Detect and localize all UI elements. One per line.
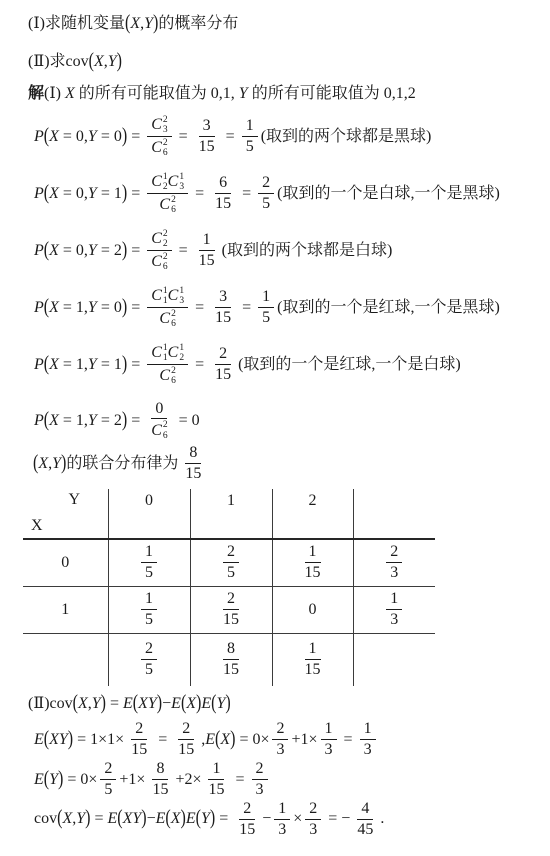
math-text: 5 <box>145 611 153 629</box>
math-text: 5 <box>262 195 270 213</box>
math-text: 15 <box>185 465 201 483</box>
math-text: × <box>293 807 302 830</box>
subscript: 3 <box>179 182 184 192</box>
math-text: 1 <box>227 492 235 509</box>
math-text: 0 <box>145 492 153 509</box>
math-text: = <box>175 125 192 148</box>
math-text: 45 <box>357 821 373 839</box>
fraction: 115 <box>301 640 325 679</box>
superscript: 1 <box>179 343 184 353</box>
math-text: 3 <box>364 741 372 759</box>
fraction-numerator: 2 <box>131 720 147 740</box>
equation-x1y1: P(X = 1,Y = 1) = C11C12C26 = 215(取到的一个是红… <box>34 343 544 387</box>
fraction-numerator: 2 <box>100 760 116 780</box>
equation-x0y2: P(X = 0,Y = 2) = C22C26 = 115(取到的两个球都是白球… <box>34 229 544 273</box>
fraction-denominator: C26 <box>155 194 179 216</box>
fraction: C11C12C26 <box>147 343 188 387</box>
fraction: 25 <box>100 760 116 799</box>
superscript: 2 <box>171 366 176 376</box>
math-text: 15 <box>178 741 194 759</box>
fraction: 445 <box>353 800 377 839</box>
text-run: cov <box>66 50 89 73</box>
fraction: 15 <box>141 543 157 582</box>
document: (Ⅰ)求随机变量(X,Y)的概率分布 (Ⅱ)求cov(X,Y) 解(Ⅰ) X 的… <box>0 0 550 838</box>
fraction-numerator: 1 <box>208 760 224 780</box>
fraction: 13 <box>321 720 337 759</box>
math-text: 8 <box>227 640 235 658</box>
math-text: P(X = 1,Y = 1) = <box>34 353 144 376</box>
math-text: 2 <box>104 760 112 778</box>
math-text: 2 <box>227 590 235 608</box>
fraction: 13 <box>274 800 290 839</box>
fraction-numerator: 3 <box>215 288 231 308</box>
subscript: 6 <box>171 376 176 386</box>
superscript: 2 <box>171 309 176 319</box>
math-text: 2 <box>227 543 235 561</box>
fraction-denominator: 15 <box>148 780 172 799</box>
fraction-denominator: 15 <box>211 365 235 384</box>
fraction-denominator: 5 <box>141 610 157 629</box>
fraction-numerator: 2 <box>252 760 268 780</box>
text-run: 的联合分布律为 <box>66 452 178 475</box>
math-text: 15 <box>215 195 231 213</box>
math-text: 2 <box>145 640 153 658</box>
math-text: P(X = 0,Y = 1) = <box>34 182 144 205</box>
fraction-denominator: 5 <box>141 660 157 679</box>
fraction-denominator: 45 <box>353 820 377 839</box>
fraction-numerator: 2 <box>258 174 274 194</box>
expectation-y: E(Y) = 0×25+1×815+2×115 = 23 <box>34 760 544 799</box>
math-text: P(X = 1,Y = 2) = <box>34 409 144 432</box>
fraction-denominator: 5 <box>141 563 157 582</box>
table-row-label <box>23 633 108 686</box>
fraction: C12C13C26 <box>147 172 188 216</box>
fraction-numerator: 6 <box>215 174 231 194</box>
corner-labels: YX <box>23 489 108 536</box>
combination-scripts: 22 <box>163 229 168 250</box>
fraction: 315 <box>211 288 235 327</box>
math-text: +1× <box>119 768 145 791</box>
combination-scripts: 13 <box>179 286 184 307</box>
fraction-denominator: 15 <box>219 660 243 679</box>
fraction-numerator: 8 <box>185 444 201 464</box>
math-text: = <box>191 353 208 376</box>
fraction: 215 <box>211 345 235 384</box>
fraction-denominator: 15 <box>204 780 228 799</box>
math-text: 1 <box>145 543 153 561</box>
fraction-numerator: C11C13 <box>147 286 188 309</box>
combination-scripts: 23 <box>163 115 168 136</box>
fraction-numerator: 2 <box>223 543 239 563</box>
fraction-numerator: 1 <box>274 800 290 820</box>
subscript: 2 <box>163 239 168 249</box>
fraction-denominator: 15 <box>127 740 151 759</box>
math-text: (X,Y) <box>89 50 122 73</box>
text-run: 解 <box>28 82 44 105</box>
table-header-cell: 1 <box>190 489 272 539</box>
corner-label-x: X <box>31 517 43 535</box>
math-text: P(X = 0,Y = 0) = <box>34 125 144 148</box>
math-text: 2 <box>256 760 264 778</box>
table-header-cell: 2 <box>272 489 353 539</box>
fraction-denominator: 3 <box>386 610 402 629</box>
subscript: 6 <box>163 431 168 441</box>
corner-label-y: Y <box>68 491 80 509</box>
math-text: 15 <box>223 661 239 679</box>
math-text: 1 <box>262 288 270 306</box>
math-text: 5 <box>227 564 235 582</box>
fraction-numerator: 8 <box>223 640 239 660</box>
math-text: (X,Y) = E(XY)−E(X)E(Y) = <box>57 807 232 830</box>
fraction: 23 <box>305 800 321 839</box>
equation-x0y0: P(X = 0,Y = 0) = C23C26 = 315 = 15(取到的两个… <box>34 115 544 159</box>
math-text: 0 <box>61 554 69 571</box>
math-text: 8 <box>156 760 164 778</box>
fraction: 215 <box>174 720 198 759</box>
math-text: 2 <box>309 800 317 818</box>
superscript: 2 <box>171 195 176 205</box>
math-text: = <box>340 728 357 751</box>
table-cell: 815 <box>190 633 272 686</box>
fraction: 0C26 <box>147 400 171 441</box>
fraction-numerator: 2 <box>223 590 239 610</box>
combination-base: C <box>151 116 162 134</box>
fraction: 115 <box>195 231 219 270</box>
math-text: 5 <box>262 309 270 327</box>
math-text: 3 <box>256 781 264 799</box>
math-text: 15 <box>131 741 147 759</box>
subscript: 3 <box>179 296 184 306</box>
combination-base: C <box>159 196 170 214</box>
fraction-numerator: 2 <box>141 640 157 660</box>
fraction-denominator: 15 <box>195 137 219 156</box>
combination-symbol: C26 <box>159 366 175 387</box>
combination-base: C <box>151 253 162 271</box>
combination-scripts: 26 <box>163 138 168 159</box>
math-text: 5 <box>145 661 153 679</box>
math-text: +2× <box>175 768 201 791</box>
math-text: (X,Y) = E(XY)−E(X)E(Y) <box>73 692 231 715</box>
combination-symbol: C26 <box>159 195 175 216</box>
equation-x1y2: P(X = 1,Y = 2) = 0C26 = 0 <box>34 400 544 441</box>
fraction-denominator: C26 <box>147 251 171 273</box>
fraction-denominator: C26 <box>147 419 171 441</box>
combination-base: C <box>168 173 179 191</box>
text-run: cov <box>50 692 73 715</box>
math-text: = <box>231 768 248 791</box>
combination-symbol: C26 <box>151 420 167 441</box>
fraction: 13 <box>386 590 402 629</box>
math-text: 1 <box>309 543 317 561</box>
fraction: C22C26 <box>147 229 171 273</box>
equation-x1y0: P(X = 1,Y = 0) = C11C13C26 = 315 = 15(取到… <box>34 286 544 330</box>
combination-scripts: 26 <box>171 195 176 216</box>
math-text: Y <box>239 82 248 105</box>
fraction-denominator: 5 <box>242 137 258 156</box>
table-cell: 115 <box>272 539 353 587</box>
math-text: 2 <box>219 345 227 363</box>
table-cell: 25 <box>190 539 272 587</box>
math-text: − <box>262 807 271 830</box>
math-text: 3 <box>309 821 317 839</box>
text-run: 的所有可能取值为 0,1,2 <box>248 82 416 105</box>
part2-formula: (Ⅱ)cov(X,Y) = E(XY)−E(X)E(Y) <box>28 692 544 715</box>
math-text: (X,Y) <box>33 452 66 475</box>
table-cell: 13 <box>353 586 435 633</box>
combination-base: C <box>151 422 162 440</box>
math-text: 3 <box>219 288 227 306</box>
solution-intro: 解(Ⅰ) X 的所有可能取值为 0,1, Y 的所有可能取值为 0,1,2 <box>28 82 544 105</box>
math-text: 5 <box>145 564 153 582</box>
combination-symbol: C12 <box>168 343 184 364</box>
table-cell <box>353 633 435 686</box>
fraction: 25 <box>258 174 274 213</box>
combination-symbol: C11 <box>151 343 167 364</box>
fraction-numerator: 0 <box>151 400 167 420</box>
math-text: = <box>175 239 192 262</box>
combination-symbol: C26 <box>159 309 175 330</box>
fraction: 815 <box>181 444 205 483</box>
fraction-denominator: 3 <box>386 563 402 582</box>
fraction-denominator: 3 <box>252 780 268 799</box>
math-text: 5 <box>104 781 112 799</box>
fraction: 115 <box>204 760 228 799</box>
fraction-numerator: 1 <box>141 590 157 610</box>
subscript: 3 <box>163 125 168 135</box>
table-cell: 15 <box>108 539 190 587</box>
math-text: 2 <box>309 492 317 509</box>
fraction: 15 <box>242 117 258 156</box>
fraction-numerator: C22 <box>147 229 171 252</box>
math-text: 0 <box>309 601 317 618</box>
fraction: 15 <box>258 288 274 327</box>
combination-scripts: 26 <box>163 252 168 273</box>
fraction: 815 <box>219 640 243 679</box>
text-run: (Ⅱ)求 <box>28 50 66 73</box>
math-text: 8 <box>189 444 197 462</box>
combination-symbol: C22 <box>151 229 167 250</box>
table-cell: 25 <box>108 633 190 686</box>
equation-x0y1: P(X = 0,Y = 1) = C12C13C26 = 615 = 25(取到… <box>34 172 544 216</box>
fraction-numerator: 1 <box>305 543 321 563</box>
fraction-numerator: 1 <box>360 720 376 740</box>
text-run: 的所有可能取值为 0,1, <box>75 82 239 105</box>
combination-scripts: 26 <box>171 309 176 330</box>
math-text: 2 <box>182 720 190 738</box>
fraction-denominator: 15 <box>211 194 235 213</box>
fraction-denominator: 3 <box>321 740 337 759</box>
math-text: = <box>238 296 255 319</box>
math-text: 3 <box>390 564 398 582</box>
fraction-numerator: 2 <box>215 345 231 365</box>
fraction: 815 <box>148 760 172 799</box>
table-cell: 115 <box>272 633 353 686</box>
combination-symbol: C23 <box>151 115 167 136</box>
table-cell: 215 <box>190 586 272 633</box>
math-text: . <box>380 807 384 830</box>
superscript: 2 <box>163 115 168 125</box>
math-text: 1 <box>61 601 69 618</box>
fraction-denominator: C26 <box>147 137 171 159</box>
combination-scripts: 26 <box>163 420 168 441</box>
fraction-numerator: C23 <box>147 115 171 138</box>
fraction: C23C26 <box>147 115 171 159</box>
math-text: 2 <box>390 543 398 561</box>
math-text: 3 <box>325 741 333 759</box>
table-cell: 15 <box>108 586 190 633</box>
combination-symbol: C11 <box>151 286 167 307</box>
fraction-numerator: 1 <box>386 590 402 610</box>
math-text: 1 <box>390 590 398 608</box>
fraction-denominator: 3 <box>360 740 376 759</box>
math-text: E(Y) = 0× <box>34 768 97 791</box>
fraction-numerator: 2 <box>178 720 194 740</box>
fraction: 115 <box>301 543 325 582</box>
fraction-denominator: 15 <box>301 660 325 679</box>
part1-question: (Ⅰ)求随机变量(X,Y)的概率分布 <box>28 12 544 35</box>
fraction-denominator: 3 <box>274 820 290 839</box>
superscript: 1 <box>179 172 184 182</box>
fraction: 23 <box>272 720 288 759</box>
fraction-numerator: 2 <box>305 800 321 820</box>
combination-scripts: 12 <box>179 343 184 364</box>
text-run: (取到的两个球都是白球) <box>222 239 393 262</box>
math-text: X <box>65 82 75 105</box>
subscript: 6 <box>163 148 168 158</box>
fraction-numerator: 2 <box>239 800 255 820</box>
math-text: 15 <box>239 821 255 839</box>
fraction-denominator: 15 <box>181 464 205 483</box>
table-cell: 23 <box>353 539 435 587</box>
math-text: 15 <box>305 661 321 679</box>
combination-base: C <box>151 230 162 248</box>
math-text: 1 <box>278 800 286 818</box>
combination-base: C <box>151 344 162 362</box>
math-text: 1 <box>246 117 254 135</box>
fraction: 25 <box>223 543 239 582</box>
superscript: 2 <box>163 138 168 148</box>
combination-scripts: 26 <box>171 366 176 387</box>
fraction-denominator: 5 <box>100 780 116 799</box>
combination-base: C <box>151 287 162 305</box>
math-text: 5 <box>246 138 254 156</box>
fraction-numerator: 8 <box>152 760 168 780</box>
math-text: +1× <box>291 728 317 751</box>
math-text: 2 <box>262 174 270 192</box>
math-text: 3 <box>276 741 284 759</box>
fraction-denominator: 5 <box>223 563 239 582</box>
fraction-numerator: 1 <box>321 720 337 740</box>
math-text: = <box>222 125 239 148</box>
math-text: 6 <box>219 174 227 192</box>
text-run: (取到的两个球都是黑球) <box>261 125 432 148</box>
table-corner-cell: YX <box>23 489 108 539</box>
superscript: 1 <box>179 286 184 296</box>
fraction-numerator: 2 <box>272 720 288 740</box>
superscript: 2 <box>163 229 168 239</box>
combination-scripts: 13 <box>179 172 184 193</box>
text-run: cov <box>34 807 57 830</box>
combination-base: C <box>168 287 179 305</box>
math-text: = <box>191 182 208 205</box>
math-text: 3 <box>203 117 211 135</box>
subscript: 6 <box>171 319 176 329</box>
table-row-label: 1 <box>23 586 108 633</box>
math-text: 15 <box>215 366 231 384</box>
math-text: E(X) = 0× <box>205 728 269 751</box>
math-text: 1 <box>364 720 372 738</box>
math-text: 2 <box>276 720 284 738</box>
fraction-denominator: 15 <box>211 308 235 327</box>
fraction: 215 <box>235 800 259 839</box>
fraction: 215 <box>127 720 151 759</box>
table-header-cell: 0 <box>108 489 190 539</box>
math-text: = <box>238 182 255 205</box>
fraction-denominator: C26 <box>155 308 179 330</box>
math-text: P(X = 0,Y = 2) = <box>34 239 144 262</box>
combination-base: C <box>151 173 162 191</box>
fraction-denominator: 15 <box>174 740 198 759</box>
combination-symbol: C12 <box>151 172 167 193</box>
fraction-denominator: 15 <box>195 251 219 270</box>
fraction-numerator: 3 <box>199 117 215 137</box>
fraction: 315 <box>195 117 219 156</box>
subscript: 6 <box>171 205 176 215</box>
fraction-denominator: 15 <box>301 563 325 582</box>
fraction-numerator: 4 <box>357 800 373 820</box>
combination-symbol: C13 <box>168 172 184 193</box>
joint-distribution-table: YX012015251152311521501325815115 <box>23 489 435 686</box>
superscript: 2 <box>163 420 168 430</box>
covariance-result: cov(X,Y) = E(XY)−E(X)E(Y) = 215−13×23 = … <box>34 800 544 839</box>
fraction: 23 <box>386 543 402 582</box>
math-text: 2 <box>135 720 143 738</box>
text-run: (Ⅰ) <box>44 82 65 105</box>
math-text: 15 <box>208 781 224 799</box>
combination-base: C <box>159 310 170 328</box>
combination-symbol: C26 <box>151 252 167 273</box>
subscript: 2 <box>179 353 184 363</box>
math-text: 3 <box>390 611 398 629</box>
text-run: (Ⅱ) <box>28 692 50 715</box>
math-text: 2 <box>243 800 251 818</box>
math-text: = <box>191 296 208 319</box>
table-cell: 0 <box>272 586 353 633</box>
fraction: 25 <box>141 640 157 679</box>
table-header-cell <box>353 489 435 539</box>
fraction-denominator: 15 <box>219 610 243 629</box>
math-text: 15 <box>199 252 215 270</box>
fraction-numerator: C12C13 <box>147 172 188 195</box>
fraction-denominator: 5 <box>258 194 274 213</box>
math-text: 3 <box>278 821 286 839</box>
math-text: (X,Y) <box>125 12 158 35</box>
text-run: 的概率分布 <box>158 12 238 35</box>
fraction-numerator: 2 <box>386 543 402 563</box>
math-text: 1 <box>325 720 333 738</box>
combination-base: C <box>151 139 162 157</box>
subscript: 6 <box>163 262 168 272</box>
combination-symbol: C26 <box>151 138 167 159</box>
math-text: = 0 <box>175 409 200 432</box>
math-text: 1 <box>212 760 220 778</box>
part2-question: (Ⅱ)求cov(X,Y) <box>28 50 544 73</box>
fraction: 215 <box>219 590 243 629</box>
fraction-denominator: 5 <box>258 308 274 327</box>
joint-distribution-caption: (X,Y)的联合分布律为815 <box>33 444 544 483</box>
math-text: 15 <box>152 781 168 799</box>
math-text: 15 <box>199 138 215 156</box>
